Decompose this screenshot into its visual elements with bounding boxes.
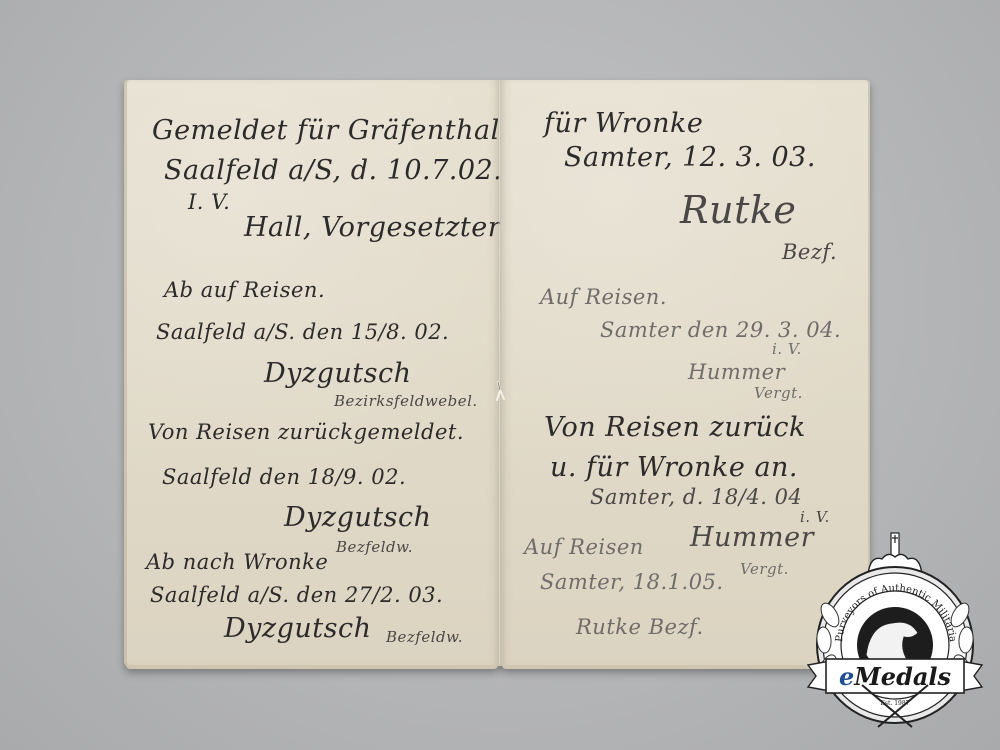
handwritten-line: Ab auf Reisen.	[164, 278, 325, 302]
handwritten-line: für Wronke	[544, 108, 703, 139]
handwritten-line: Bezirksfeldwebel.	[334, 392, 478, 410]
handwritten-line: Saalfeld a/S, d. 10.7.02.	[164, 155, 502, 186]
signature: Rutke Bezf.	[576, 615, 704, 639]
left-page: Gemeldet für Gräfenthal Saalfeld a/S, d.…	[124, 80, 500, 666]
handwritten-line: i. V.	[772, 340, 802, 358]
handwritten-line: Von Reisen zurück	[544, 412, 806, 443]
handwritten-line: Samter den 29. 3. 04.	[600, 318, 841, 342]
handwritten-line: Gemeldet für Gräfenthal	[152, 115, 500, 146]
handwritten-line: I. V.	[188, 190, 230, 214]
handwritten-line: Saalfeld a/S. den 15/8. 02.	[156, 320, 449, 344]
handwritten-line: Ab nach Wronke	[146, 550, 328, 574]
signature: Rutke	[680, 188, 796, 232]
booklet-spine	[498, 80, 501, 666]
binding-thread-icon	[492, 380, 508, 402]
handwritten-line: Bezfeldw.	[336, 538, 413, 556]
signature: Hummer	[688, 360, 785, 384]
open-booklet: Gemeldet für Gräfenthal Saalfeld a/S, d.…	[124, 80, 870, 666]
handwritten-line: Vergt.	[740, 560, 789, 578]
signature: Dyzgutsch	[284, 502, 432, 533]
handwritten-line: Samter, 18.1.05.	[540, 570, 724, 594]
handwritten-line: Saalfeld a/S. den 27/2. 03.	[150, 583, 443, 607]
handwritten-line: Von Reisen zurückgemeldet.	[148, 420, 464, 444]
svg-text:eMedals: eMedals	[839, 662, 952, 691]
brand-suffix: Medals	[853, 662, 951, 691]
emedals-watermark-logo: Purveyors of Authentic Militaria eMedals…	[800, 515, 990, 730]
handwritten-line: Saalfeld den 18/9. 02.	[162, 465, 406, 489]
handwritten-line: Samter, d. 18/4. 04	[590, 485, 802, 509]
handwritten-line: Auf Reisen	[524, 535, 644, 559]
handwritten-line: Bezf.	[782, 240, 837, 264]
handwritten-line: Vergt.	[754, 384, 803, 402]
brand-prefix: e	[839, 662, 854, 691]
handwritten-line: u. für Wronke an.	[550, 452, 798, 483]
handwritten-line: Samter, 12. 3. 03.	[564, 142, 816, 173]
signature: Hummer	[690, 522, 814, 553]
handwritten-line: Auf Reisen.	[540, 285, 667, 309]
signature: Dyzgutsch	[264, 358, 412, 389]
signature: Dyzgutsch	[224, 613, 372, 644]
handwritten-line: Bezfeldw.	[386, 628, 463, 646]
page-edge	[126, 665, 498, 669]
handwritten-line: Hall, Vorgesetzter	[244, 212, 501, 243]
